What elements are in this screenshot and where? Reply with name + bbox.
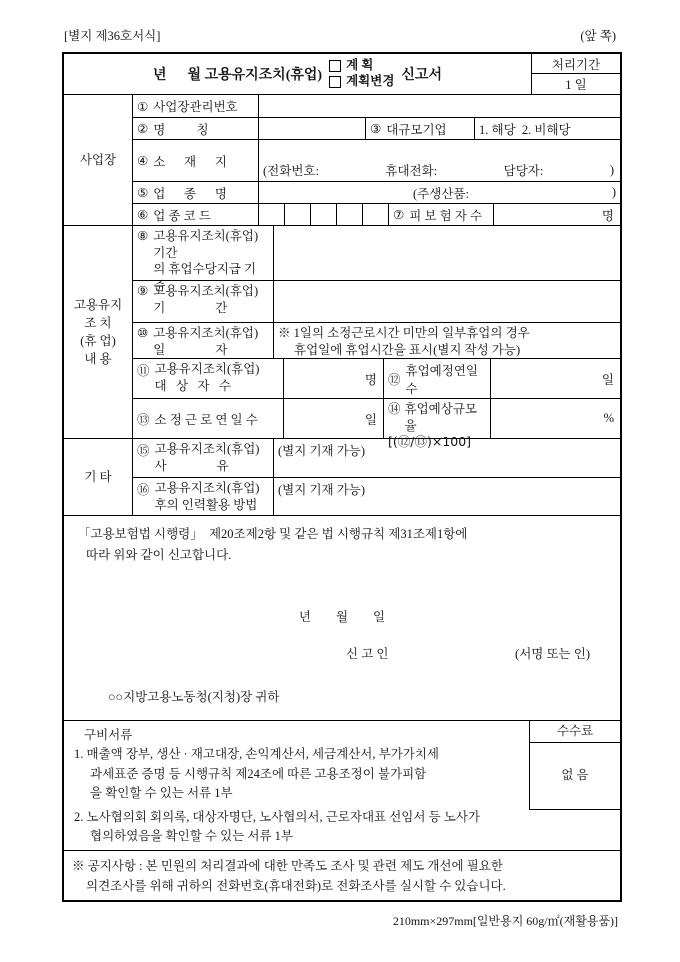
required-documents-block: 구비서류 1. 매출액 장부, 생산 · 재고대장, 손익계산서, 세금계산서,…	[64, 720, 620, 850]
processing-period-value: 1 일	[532, 74, 620, 94]
pay-standard-label: ⑧ 고용유지조치(휴업)기간 의 휴업수당지급 기 준	[133, 226, 273, 280]
row-measure-dates: ⑩ 고용유지조치(휴업) 일 자 ※ 1일의 소정근로시간 미만의 일부휴업의 …	[133, 322, 620, 358]
recipient-line: ○○지방고용노동청(지청)장 귀하	[78, 687, 606, 708]
document-item2-line2: 협의하였음을 확인할 수 있는 서류 1부	[74, 827, 610, 846]
manager-label: 담당자:	[504, 161, 544, 179]
form-code: [별지 제36호서식]	[64, 26, 160, 44]
form-title-suffix: 신고서	[401, 64, 442, 84]
planned-days-unit[interactable]: 일	[490, 359, 620, 398]
scale-rate-label: ⑭ 휴업예상규모율 [(⑫/⑬)×100]	[383, 399, 490, 438]
large-company-options[interactable]: 1. 해당 2. 비해당	[474, 118, 620, 139]
main-product-close-paren: )	[612, 185, 616, 200]
insured-count-label: ⑦ 피 보 험 자 수	[388, 204, 493, 225]
large-company-label: ③ 대규모기업	[365, 118, 474, 139]
workplace-section-label: 사업장	[64, 95, 133, 225]
row-measure-reason: ⑮ 고용유지조치(휴업) 사 유 (별지 기재 가능)	[133, 439, 620, 477]
row-manpower-plan: ⑯ 고용유지조치(휴업) 후의 인력활용 방법 (별지 기재 가능)	[133, 477, 620, 515]
fee-value: 없 음	[530, 743, 620, 809]
measure-dates-note: ※ 1일의 소정근로시간 미만의 일부휴업의 경우 휴업일에 휴업시간을 표시(…	[273, 323, 620, 358]
signature-note: (서명 또는 인)	[515, 644, 590, 665]
address-label: ④ 소 재 지	[133, 140, 258, 181]
work-days-unit[interactable]: 일	[283, 399, 383, 438]
fee-label: 수수료	[530, 721, 620, 743]
form-header: 년 월 고용유지조치(휴업) 계 획 계획변경 신고서 처리기간 1 일	[64, 54, 620, 94]
work-days-label: ⑬ 소 정 근 로 연 일 수	[133, 399, 283, 438]
processing-period-label: 처리기간	[532, 54, 620, 74]
notice-line2: 의견조사를 위해 귀하의 전화번호(휴대전화)로 전화조사를 실시할 수 있습니…	[72, 876, 612, 896]
manpower-plan-value[interactable]: (별지 기재 가능)	[273, 478, 620, 515]
mgmt-no-label: ① 사업장관리번호	[133, 95, 258, 117]
measure-period-label: ⑨ 고용유지조치(휴업) 기 간	[133, 281, 273, 322]
notice-block: ※ 공지사항 : 본 민원의 처리결과에 대한 만족도 조사 및 관련 제도 개…	[64, 850, 620, 900]
notice-line1: ※ 공지사항 : 본 민원의 처리결과에 대한 만족도 조사 및 관련 제도 개…	[72, 856, 612, 876]
fee-box: 수수료 없 음	[529, 721, 620, 810]
row-mgmt-no: ① 사업장관리번호	[133, 95, 620, 117]
manpower-plan-label: ⑯ 고용유지조치(휴업) 후의 인력활용 방법	[133, 478, 273, 515]
measure-section: 고용유지 조 치 (휴 업) 내 용 ⑧ 고용유지조치(휴업)기간 의 휴업수당…	[64, 225, 620, 438]
industry-code-cell-4[interactable]	[336, 204, 362, 225]
required-documents-title: 구비서류	[74, 726, 514, 745]
etc-section-label: 기 타	[64, 439, 133, 515]
address-contact-line: (전화번호: 휴대전화: 담당자: )	[259, 161, 620, 181]
report-type-checkboxes: 계 획 계획변경	[329, 58, 394, 89]
measure-section-label: 고용유지 조 치 (휴 업) 내 용	[64, 226, 133, 438]
company-name-label: ② 명 칭	[133, 118, 258, 139]
row-pay-standard: ⑧ 고용유지조치(휴업)기간 의 휴업수당지급 기 준	[133, 226, 620, 280]
scale-rate-unit[interactable]: %	[490, 399, 620, 438]
target-count-unit[interactable]: 명	[283, 359, 383, 398]
industry-code-cell-3[interactable]	[310, 204, 336, 225]
document-item1-line1: 1. 매출액 장부, 생산 · 재고대장, 손익계산서, 세금계산서, 부가가치…	[74, 745, 514, 764]
measure-dates-label: ⑩ 고용유지조치(휴업) 일 자	[133, 323, 273, 358]
row-industry-name: ⑤ 업 종 명 (주생산품: )	[133, 181, 620, 203]
industry-code-cell-1[interactable]	[258, 204, 284, 225]
row-industry-code: ⑥ 업 종 코 드 ⑦ 피 보 험 자 수 명	[133, 203, 620, 225]
mobile-label: 휴대전화:	[385, 161, 437, 179]
legal-basis-line1: 「고용보험법 시행령」 제20조제2항 및 같은 법 시행규칙 제31조제1항에	[78, 524, 606, 545]
insured-count-unit[interactable]: 명	[493, 204, 620, 225]
etc-section: 기 타 ⑮ 고용유지조치(휴업) 사 유 (별지 기재 가능)	[64, 438, 620, 515]
form-title: 년 월 고용유지조치(휴업) 계 획 계획변경 신고서	[64, 54, 531, 94]
row-target-count: ⑪ 고용유지조치(휴업) 대 상 자 수 명 ⑫ 휴업예정연일수 일	[133, 358, 620, 398]
industry-code-label: ⑥ 업 종 코 드	[133, 204, 258, 225]
row-measure-period: ⑨ 고용유지조치(휴업) 기 간	[133, 280, 620, 322]
measure-reason-value[interactable]: (별지 기재 가능)	[273, 439, 620, 477]
target-count-label: ⑪ 고용유지조치(휴업) 대 상 자 수	[133, 359, 283, 398]
pay-standard-input[interactable]	[273, 226, 620, 280]
document-item1-line2: 과세표준 증명 등 시행규칙 제24조에 따른 고용조정이 불가피함	[74, 765, 514, 784]
measure-period-input[interactable]	[273, 281, 620, 322]
plan-change-checkbox-icon[interactable]	[329, 76, 341, 88]
row-address: ④ 소 재 지 (전화번호: 휴대전화: 담당자: )	[133, 139, 620, 181]
planned-days-label: ⑫ 휴업예정연일수	[383, 359, 490, 398]
plan-checkbox-label: 계 획	[346, 58, 373, 74]
contact-close-paren: )	[610, 163, 614, 178]
industry-name-label: ⑤ 업 종 명	[133, 182, 258, 203]
row-work-days: ⑬ 소 정 근 로 연 일 수 일 ⑭ 휴업예상규모율 [(⑫/⑬)×100]	[133, 398, 620, 438]
phone-label: (전화번호:	[263, 161, 319, 179]
declarant-label: 신 고 인	[346, 644, 388, 665]
document-item2-line1: 2. 노사협의회 회의록, 대상자명단, 노사협의서, 근로자대표 선임서 등 …	[74, 808, 610, 827]
address-cell: (전화번호: 휴대전화: 담당자: )	[258, 140, 620, 181]
address-input[interactable]	[259, 140, 620, 161]
form-title-text: 년 월 고용유지조치(휴업)	[153, 64, 322, 84]
form-page: [별지 제36호서식] (앞 쪽) 년 월 고용유지조치(휴업) 계 획 계획변…	[0, 0, 680, 962]
plan-change-checkbox-label: 계획변경	[346, 74, 394, 90]
legal-basis-line2: 따라 위와 같이 신고합니다.	[78, 545, 606, 566]
workplace-section: 사업장 ① 사업장관리번호 ② 명 칭	[64, 94, 620, 225]
mgmt-no-input[interactable]	[258, 95, 620, 117]
industry-code-cell-5[interactable]	[362, 204, 388, 225]
industry-code-cell-2[interactable]	[284, 204, 310, 225]
company-name-input[interactable]	[258, 118, 365, 139]
page-side-label: (앞 쪽)	[580, 26, 616, 44]
form-table: 년 월 고용유지조치(휴업) 계 획 계획변경 신고서 처리기간 1 일	[62, 52, 622, 902]
plan-checkbox-icon[interactable]	[329, 60, 341, 72]
industry-name-cell: (주생산품: )	[258, 182, 620, 203]
processing-period-box: 처리기간 1 일	[531, 54, 620, 94]
row-company-name: ② 명 칭 ③ 대규모기업 1. 해당 2. 비해당	[133, 117, 620, 139]
main-product-label: (주생산품:	[413, 184, 469, 202]
measure-reason-label: ⑮ 고용유지조치(휴업) 사 유	[133, 439, 273, 477]
declaration-date-line[interactable]: 년 월 일	[78, 607, 606, 628]
declaration-block: 「고용보험법 시행령」 제20조제2항 및 같은 법 시행규칙 제31조제1항에…	[64, 515, 620, 720]
declarant-row: 신 고 인 (서명 또는 인)	[78, 644, 606, 664]
paper-spec-footer: 210mm×297mm[일반용지 60g/㎡(재활용품)]	[393, 912, 618, 929]
document-item1-line3: 을 확인할 수 있는 서류 1부	[74, 784, 514, 803]
